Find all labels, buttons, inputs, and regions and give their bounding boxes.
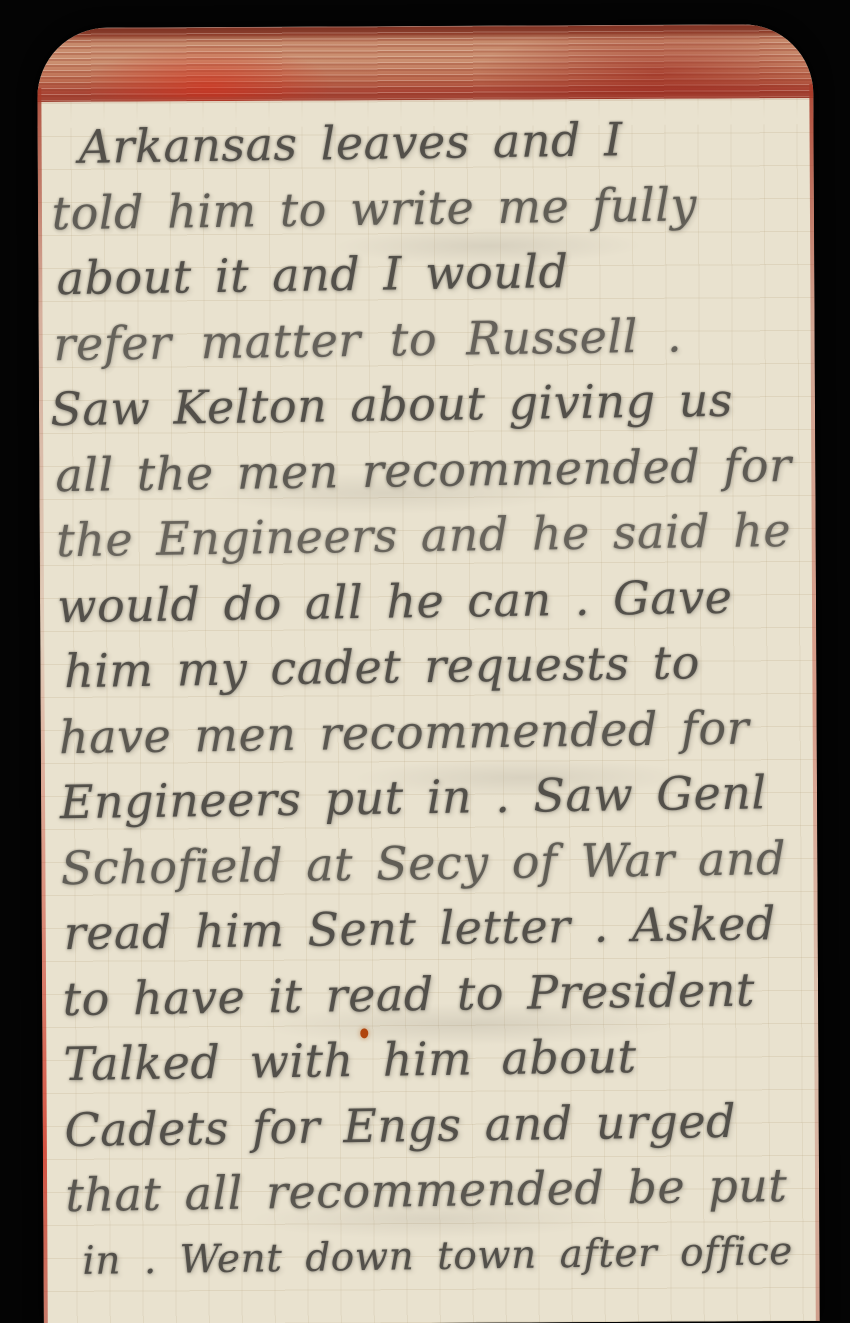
handwriting-line: all the men recommended for	[55, 432, 808, 508]
red-page-edge-band	[37, 24, 813, 102]
handwriting-line: would do all he can . Gave	[57, 563, 810, 639]
handwriting-line: the Engineers and he said he	[56, 498, 809, 574]
handwriting-line: him my cadet requests to	[58, 629, 811, 705]
handwriting-block: Arkansas leaves and I told him to write …	[50, 105, 818, 1294]
handwriting-line: refer matter to Russell .	[53, 301, 806, 377]
notebook-page: Arkansas leaves and I told him to write …	[37, 24, 820, 1323]
red-side-edge-left	[37, 88, 47, 1323]
handwriting-line: told him to write me fully	[51, 170, 804, 246]
handwriting-line: have men recommended for	[59, 694, 812, 770]
handwriting-line: Cadets for Engs and urged	[64, 1087, 817, 1163]
handwriting-line: Talked with him about	[63, 1022, 816, 1098]
handwriting-line: Arkansas leaves and I	[50, 105, 803, 181]
handwriting-line: Engineers put in . Saw Genl	[59, 760, 812, 836]
handwriting-line: to have it read to President	[62, 956, 815, 1032]
photo-backdrop: Arkansas leaves and I told him to write …	[0, 0, 850, 1323]
handwriting-line: that all recommended be put	[65, 1153, 818, 1229]
handwriting-line: Saw Kelton about giving us	[54, 367, 807, 443]
handwriting-line: Schofield at Secy of War and	[60, 825, 813, 901]
handwriting-line: in . Went down town after office	[66, 1218, 819, 1294]
handwriting-line: about it and I would	[52, 236, 805, 312]
handwriting-line: read him Sent letter . Asked	[61, 891, 814, 967]
